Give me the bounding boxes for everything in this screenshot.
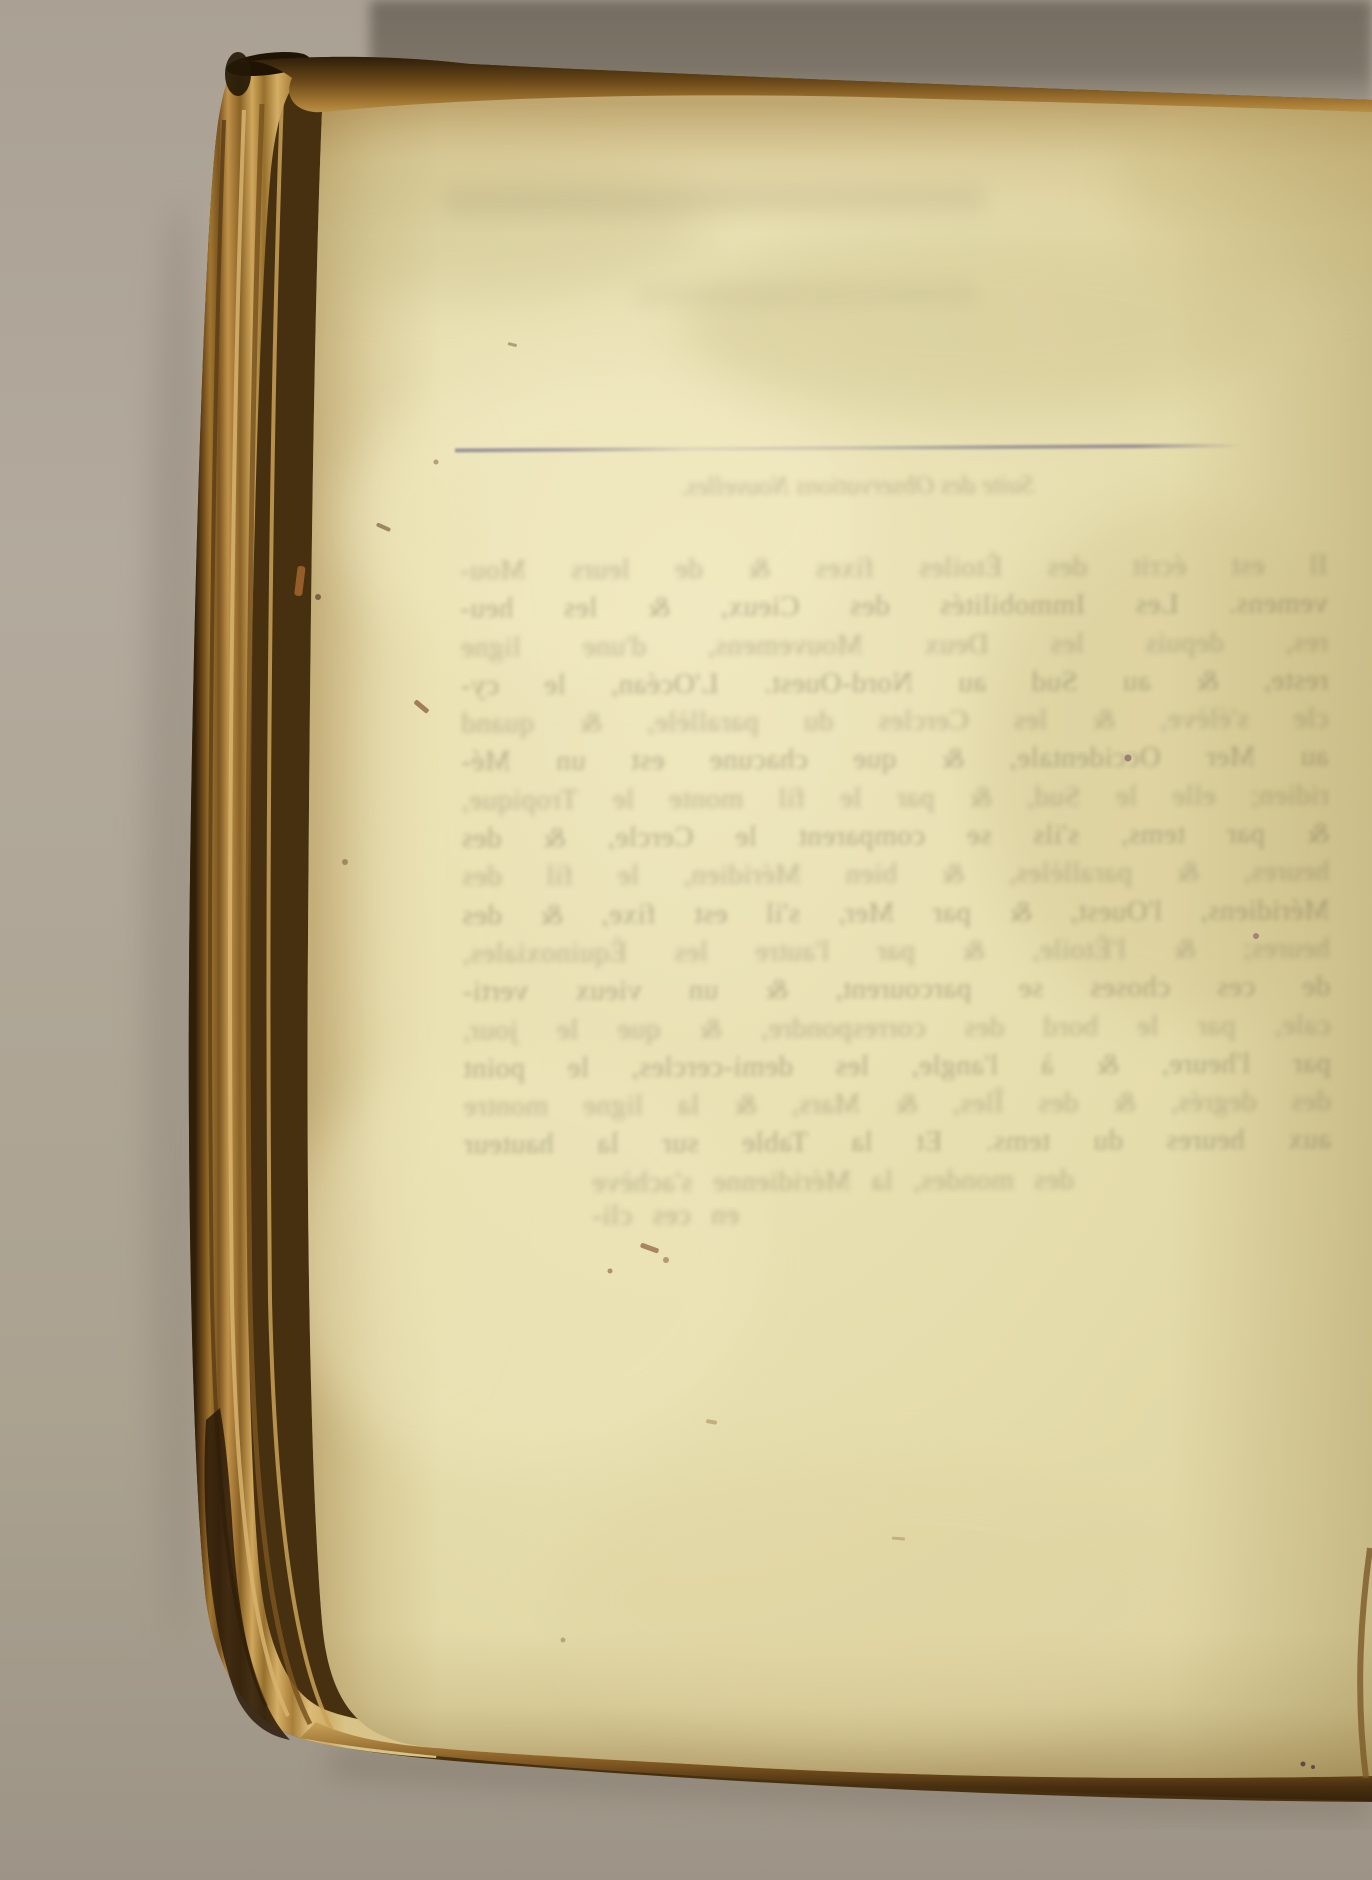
book-photograph: Suite des Observations Nouvelles. Il est… bbox=[0, 0, 1372, 1880]
show-through-line: reste, & au Sud au Nord-Ouest. L'Océan, … bbox=[460, 664, 1328, 708]
show-through-line: res, depuis les Deux Mouvemens, d'une li… bbox=[460, 626, 1328, 670]
show-through-line: & par tems, s'ils se comparent le Cercle… bbox=[461, 817, 1329, 861]
faint-smudge bbox=[445, 184, 985, 215]
show-through-line: heures, & parallèles, & bien Méridien, l… bbox=[462, 855, 1330, 899]
show-through-layer: Suite des Observations Nouvelles. Il est… bbox=[0, 0, 1372, 1880]
show-through-line: cale, par le bord des correspondre, & qu… bbox=[462, 1009, 1330, 1053]
show-through-line: de ces choses se parcourent, & un vieux … bbox=[462, 970, 1330, 1014]
show-through-line: au Mer Occidentale, & que chacune est un… bbox=[461, 741, 1329, 785]
show-through-heading: Suite des Observations Nouvelles. bbox=[537, 469, 1177, 503]
show-through-paragraph: Il est écrit des Étoiles fixes & de leur… bbox=[460, 549, 1332, 1205]
show-through-line: cle s'élève, & les Cercles du parallèle,… bbox=[461, 702, 1329, 746]
show-through-line: des degrés, & des Îles, & Mars, & la lig… bbox=[463, 1085, 1331, 1129]
show-through-heading-text: Suite des Observations Nouvelles. bbox=[537, 469, 1177, 503]
show-through-line: par l'heure, & à l'angle, les demi-cercl… bbox=[463, 1047, 1331, 1091]
show-through-line: aux heures du tems. Et la Table sur la h… bbox=[463, 1124, 1331, 1168]
show-through-line: heures; & l'Étoile, & par l'autre les Éq… bbox=[462, 932, 1330, 976]
show-through-line: des mondes, la Méridienne s'achève en ce… bbox=[463, 1162, 1331, 1206]
show-through-line: ridien; elle le Sud, & par le fil monte … bbox=[461, 779, 1329, 823]
faint-smudge bbox=[636, 282, 976, 306]
show-through-line: Il est écrit des Étoiles fixes & de leur… bbox=[460, 549, 1328, 593]
show-through-line: Méridiens, l'Ouest, & par Mer, s'il est … bbox=[462, 894, 1330, 938]
show-through-line: vemens. Les Immobilités des Cieux, & les… bbox=[460, 587, 1328, 631]
show-through-rule bbox=[455, 444, 1243, 453]
